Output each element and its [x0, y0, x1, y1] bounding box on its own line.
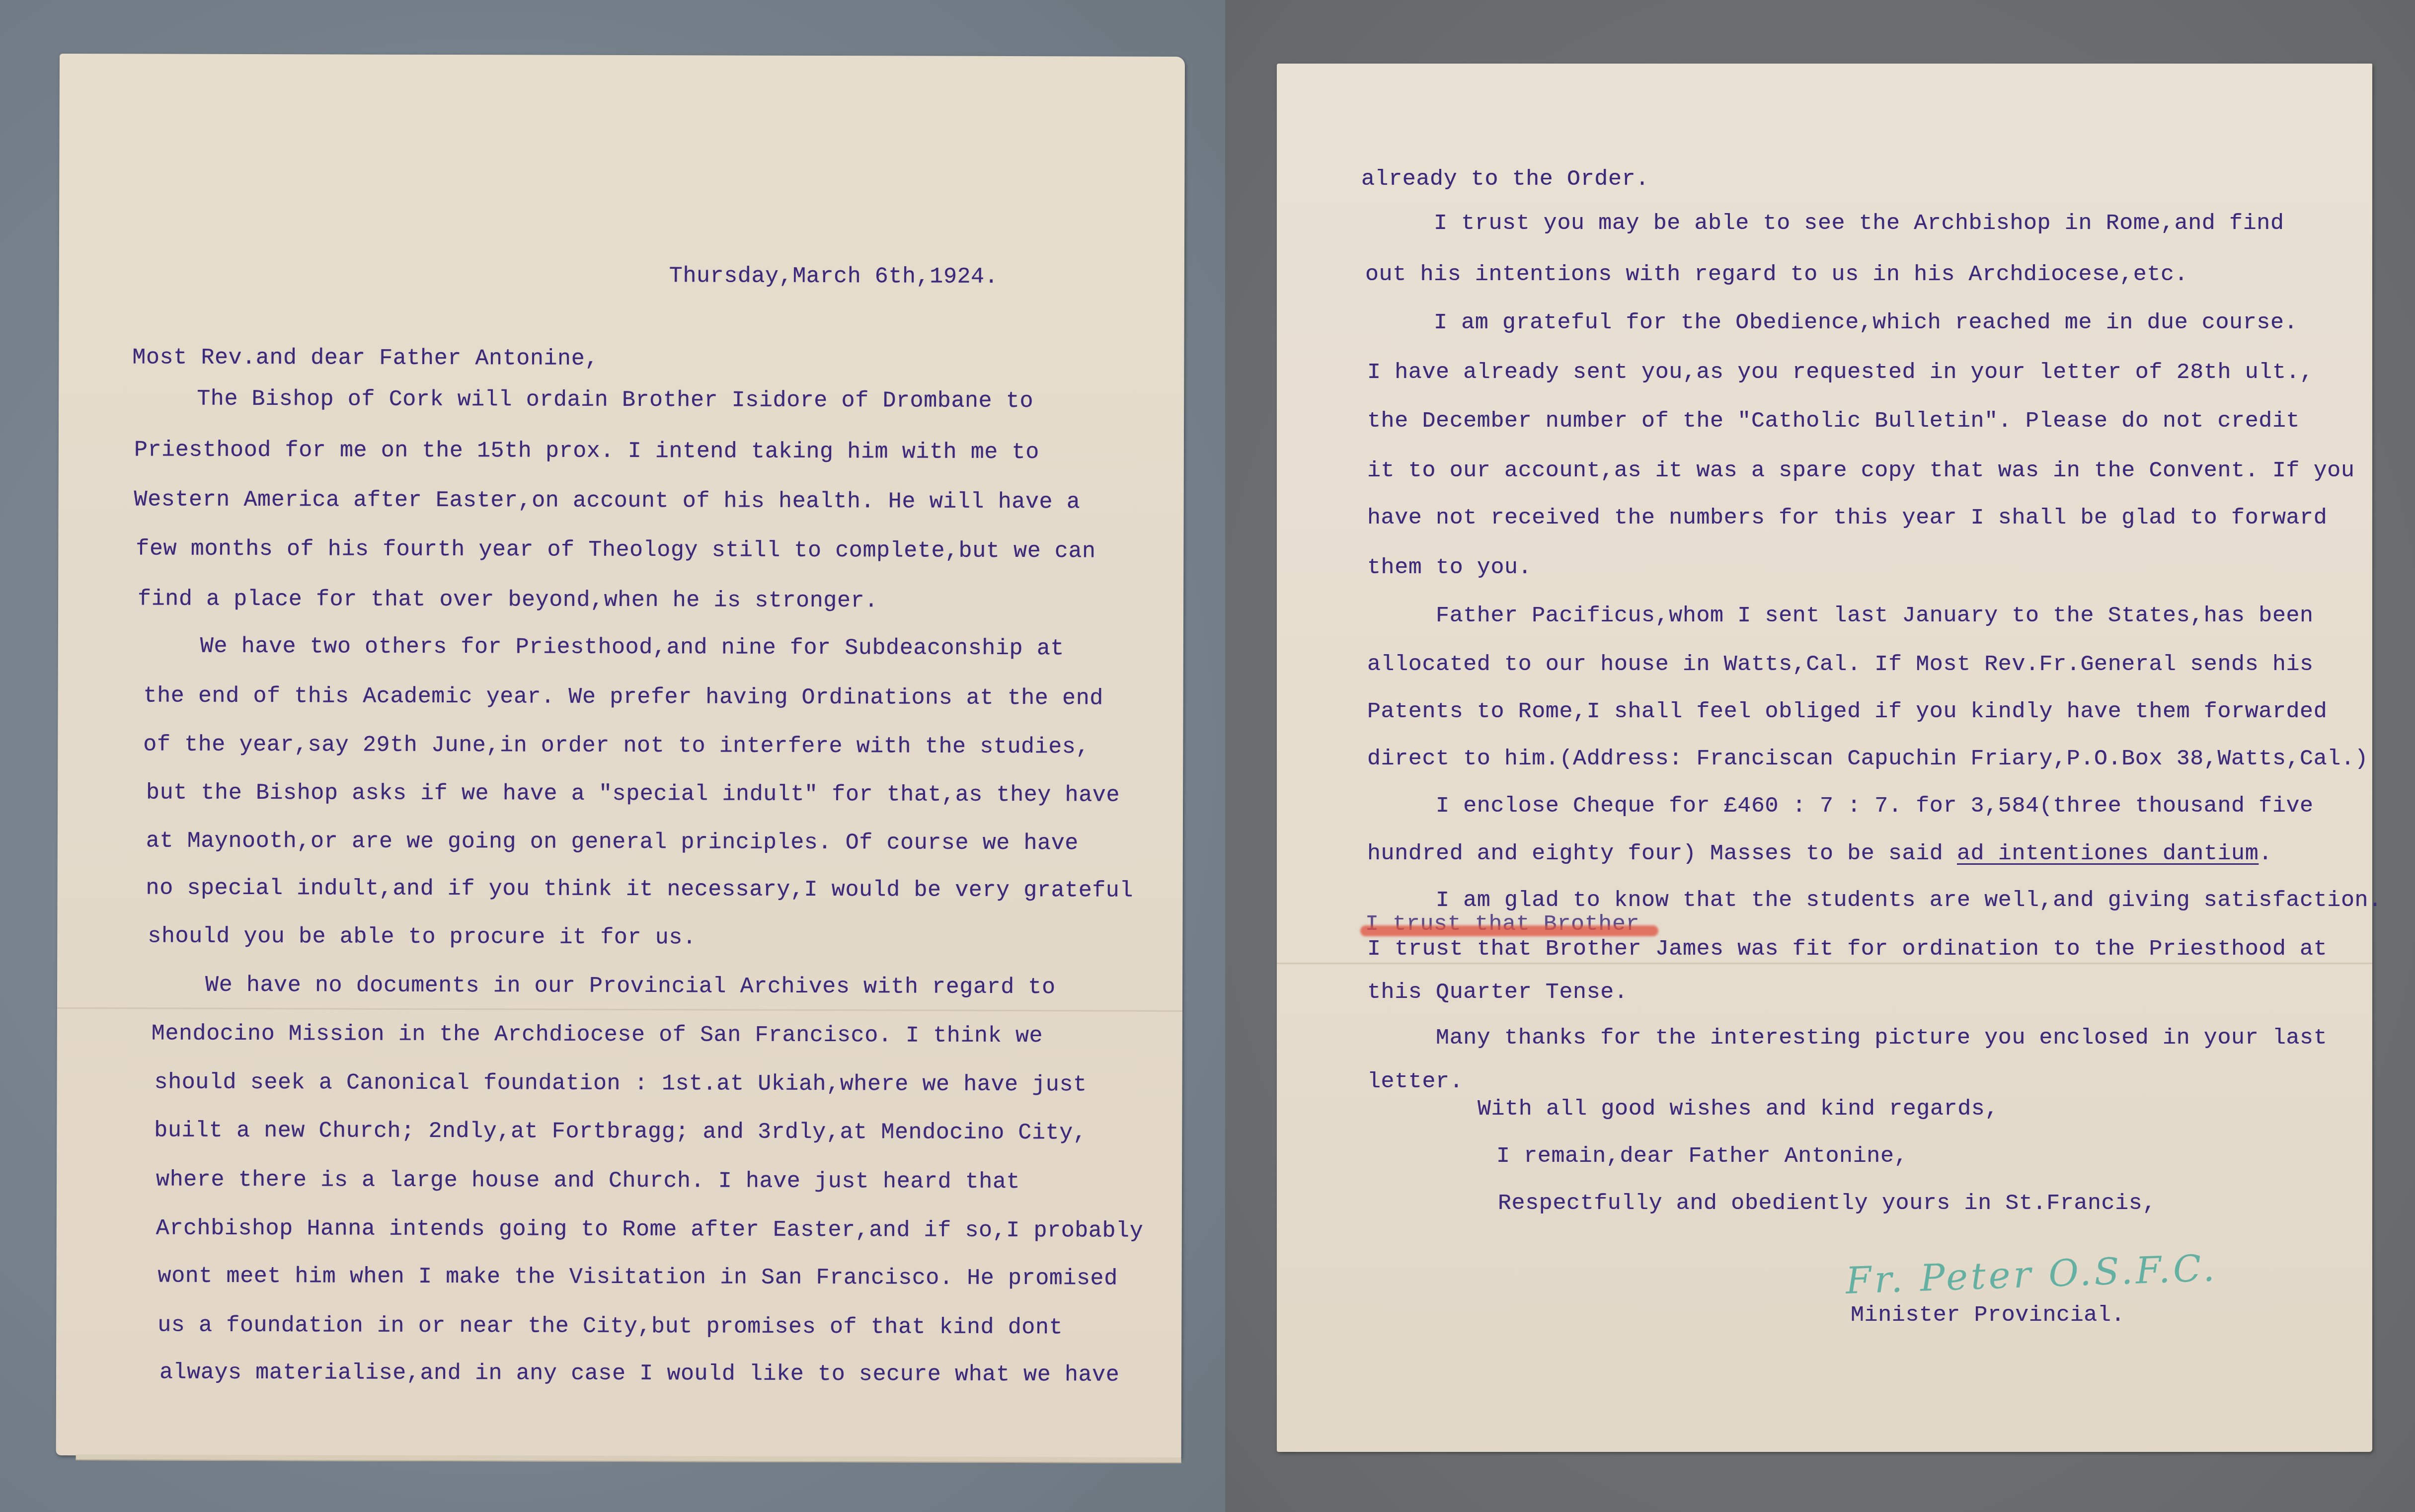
body-line: it to our account,as it was a spare copy… — [1367, 458, 2355, 483]
paper-fold — [1277, 963, 2372, 964]
handwritten-signature: Fr. Peter O.S.F.C. — [1845, 1247, 2218, 1302]
body-line: I am grateful for the Obedience,which re… — [1365, 310, 2298, 335]
masses-text: hundred and eighty four) Masses to be sa… — [1367, 841, 1957, 866]
body-line: Archbishop Hanna intends going to Rome a… — [156, 1216, 1144, 1244]
paper-fold — [57, 1007, 1182, 1012]
body-line: hundred and eighty four) Masses to be sa… — [1367, 841, 2272, 866]
body-line: I enclose Cheque for £460 : 7 : 7. for 3… — [1367, 794, 2314, 819]
body-line: Father Pacificus,whom I sent last Januar… — [1367, 604, 2314, 628]
body-line: Many thanks for the interesting picture … — [1367, 1026, 2327, 1051]
body-line: Western America after Easter,on account … — [134, 487, 1081, 515]
body-line: should you be able to procure it for us. — [148, 924, 696, 950]
latin-phrase-underlined: ad intentiones dantium — [1957, 841, 2259, 866]
body-line: I trust you may be able to see the Archb… — [1365, 211, 2284, 236]
body-line: built a new Church; 2ndly,at Fortbragg; … — [154, 1119, 1087, 1146]
salutation: Most Rev.and dear Father Antonine, — [132, 345, 599, 371]
body-line: Mendocino Mission in the Archdiocese of … — [152, 1021, 1043, 1049]
closing-line: Respectfully and obediently yours in St.… — [1498, 1191, 2156, 1216]
body-line: at Maynooth,or are we going on general p… — [146, 829, 1079, 856]
body-line: always materialise,and in any case I wou… — [159, 1361, 1119, 1388]
body-line: but the Bishop asks if we have a "specia… — [146, 780, 1120, 808]
closing-line: With all good wishes and kind regards, — [1478, 1097, 1999, 1122]
body-line: have not received the numbers for this y… — [1367, 506, 2327, 530]
body-line: where there is a large house and Church.… — [156, 1168, 1020, 1195]
body-line: letter. — [1367, 1069, 1463, 1094]
body-line: I trust that Brother James was fit for o… — [1367, 937, 2327, 962]
body-line: the December number of the "Catholic Bul… — [1367, 409, 2300, 434]
red-strikethrough — [1360, 925, 1658, 936]
letter-page-1: Thursday,March 6th,1924. Most Rev.and de… — [56, 54, 1185, 1458]
body-line: them to you. — [1367, 555, 1532, 580]
body-line: already to the Order. — [1361, 167, 1649, 192]
body-line: should seek a Canonical foundation : 1st… — [155, 1070, 1087, 1098]
letter-date: Thursday,March 6th,1924. — [669, 264, 999, 290]
body-line: this Quarter Tense. — [1367, 980, 1628, 1005]
body-line: direct to him.(Address: Franciscan Capuc… — [1367, 747, 2368, 771]
body-line: Priesthood for me on the 15th prox. I in… — [134, 438, 1039, 465]
period: . — [2259, 841, 2272, 866]
body-line: We have two others for Priesthood,and ni… — [132, 634, 1064, 661]
body-line: Patents to Rome,I shall feel obliged if … — [1367, 699, 2327, 724]
body-line: few months of his fourth year of Theolog… — [136, 536, 1095, 564]
body-line: The Bishop of Cork will ordain Brother I… — [128, 386, 1033, 414]
body-line: find a place for that over beyond,when h… — [138, 587, 878, 613]
body-line: wont meet him when I make the Visitation… — [157, 1264, 1117, 1291]
body-line: I am glad to know that the students are … — [1367, 888, 2382, 913]
body-line: the end of this Academic year. We prefer… — [144, 683, 1103, 711]
body-line: us a foundation in or near the City,but … — [157, 1313, 1063, 1341]
closing-line: I remain,dear Father Antonine, — [1496, 1144, 1908, 1169]
body-line: I have already sent you,as you requested… — [1367, 360, 2314, 385]
body-line: We have no documents in our Provincial A… — [137, 973, 1056, 1000]
letter-page-2: already to the Order. I trust you may be… — [1277, 64, 2372, 1452]
body-line: allocated to our house in Watts,Cal. If … — [1367, 652, 2314, 677]
body-line: out his intentions with regard to us in … — [1365, 262, 2188, 287]
signatory-title: Minister Provincial. — [1851, 1303, 2125, 1328]
body-line: of the year,say 29th June,in order not t… — [143, 732, 1090, 759]
body-line: no special indult,and if you think it ne… — [146, 876, 1134, 903]
